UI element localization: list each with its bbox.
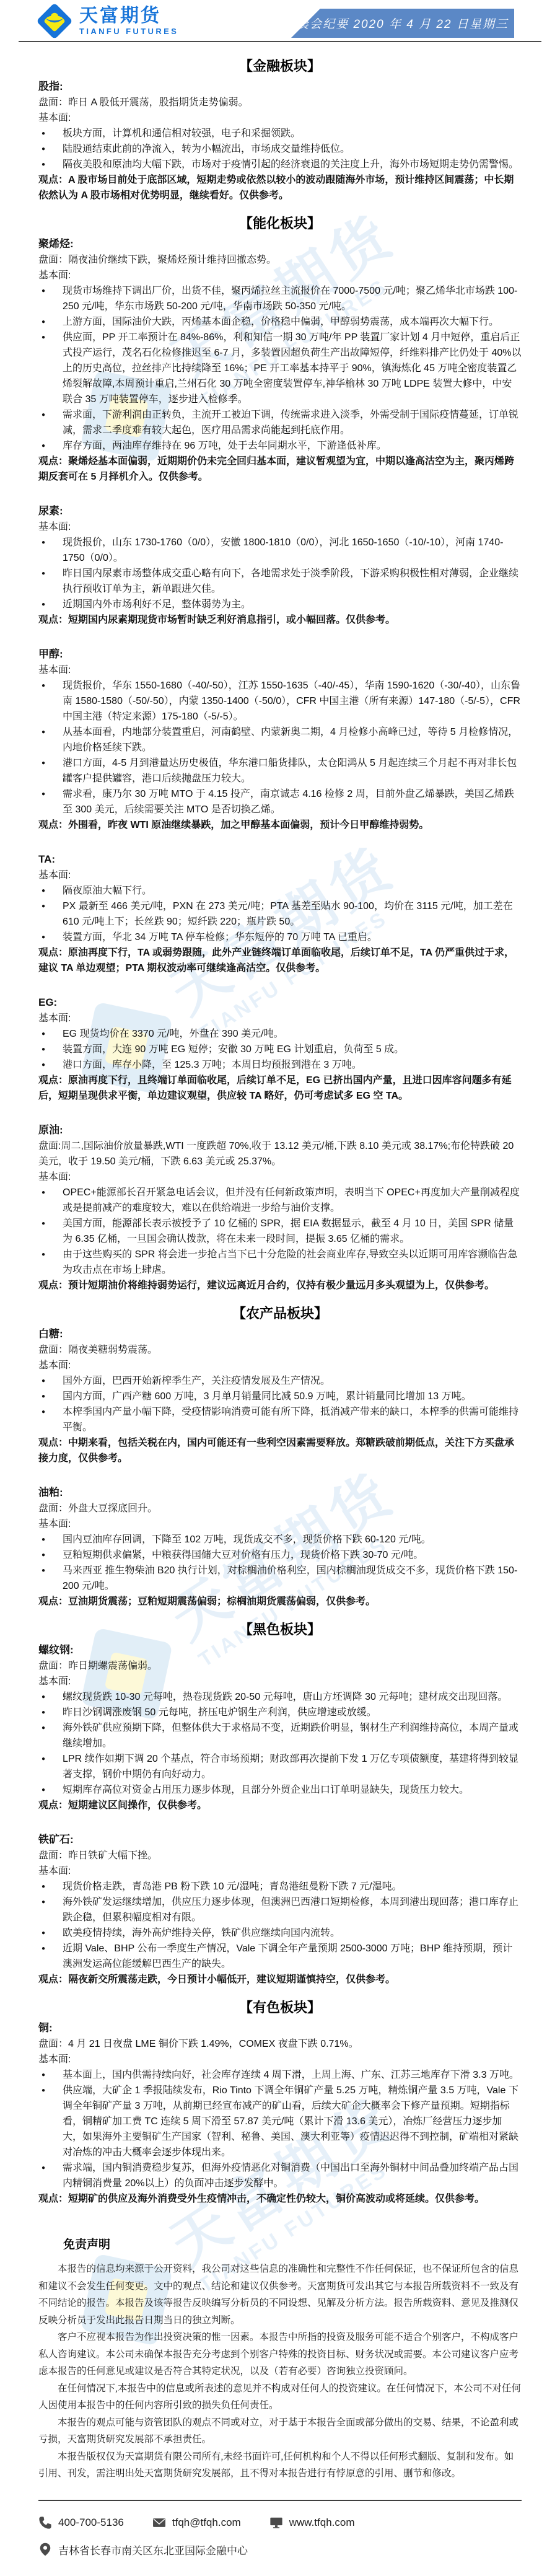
bullet-dot-icon: ● xyxy=(38,1879,63,1894)
bullet-text: 美国方面，能源部长表示被授予了 10 亿桶的 SPR，据 EIA 数据显示，截至… xyxy=(63,1216,522,1247)
bullet-dot-icon: ● xyxy=(38,2067,63,2083)
bullet-item: ●需求面，下游利润由正转负，主流开工被迫下调，传统需求进入淡季，外需受制于国际疫… xyxy=(38,407,522,438)
brand-name-en: TIANFU FUTURES xyxy=(79,27,178,36)
bullet-dot-icon: ● xyxy=(38,1404,63,1435)
basics-label: 基本面: xyxy=(38,1011,522,1026)
bullet-text: PX 最新至 466 美元/吨，PXN 在 273 美元/吨；PTA 基差至贴水… xyxy=(63,899,522,930)
bullet-dot-icon: ● xyxy=(38,755,63,786)
bullet-text: 马来西亚 推生物柴油 B20 执行计划，对棕榈油价格利空，国内棕榈油现货成交不多… xyxy=(63,1563,522,1594)
location-pin-icon xyxy=(38,2543,52,2556)
pan-line: 盘面:周二,国际油价放量暴跌,WTI 一度跌超 70%,收于 13.12 美元/… xyxy=(38,1138,522,1169)
bullet-item: ●从基本面看，内地部分装置重启，河南鹤壁、内蒙新奥二期，4 月检修小高峰已过，等… xyxy=(38,724,522,755)
bullet-item: ●本榨季国内产量小幅下降，受疫情影响消费可能有所下降，抵消减产带来的缺口，本榨季… xyxy=(38,1404,522,1435)
monitor-icon xyxy=(269,2516,283,2530)
mail-icon xyxy=(152,2516,166,2530)
bullet-item: ●由于这些购买的 SPR 将会进一步抢占当下已十分危险的社会商业库存,导致空头以… xyxy=(38,1247,522,1278)
brand-logo: 天富期货 TIANFU FUTURES xyxy=(36,2,178,40)
bullet-item: ●昨日国内尿素市场整体成交重心略有向下，各地需求处于淡季阶段，下游采购积极性相对… xyxy=(38,566,522,597)
bullet-item: ●昨日沙钢调涨废钢 50 元每吨，挤压电炉钢生产利润，供应增速或放缓。 xyxy=(38,1705,522,1720)
commodity-block: 聚烯烃:盘面：隔夜油价继续下跌，聚烯烃预计维持回撤态势。基本面:●现货市场维持下… xyxy=(38,236,522,485)
bullet-list: ●隔夜原油大幅下行。●PX 最新至 466 美元/吨，PXN 在 273 美元/… xyxy=(38,883,522,945)
bullet-item: ●国内豆油库存回调，下降至 102 万吨，现货成交不多，现货价格下跌 60-12… xyxy=(38,1532,522,1547)
bullet-dot-icon: ● xyxy=(38,157,63,172)
address-contact: 吉林省长春市南关区东北亚国际金融中心 xyxy=(38,2542,248,2557)
bullet-dot-icon: ● xyxy=(38,724,63,755)
disclaimer-paragraph: 本报告的观点可能与资管团队的观点不同或对立，对于基于本报告全面或部分做出的交易、… xyxy=(38,2414,522,2448)
bullet-dot-icon: ● xyxy=(38,438,63,454)
pan-line: 盘面：昨日期螺震荡偏弱。 xyxy=(38,1658,522,1674)
commodity-block: 铁矿石:盘面：昨日铁矿大幅下挫。基本面:●现货价格走跌，青岛港 PB 粉下跌 1… xyxy=(38,1832,522,1987)
basics-label: 基本面: xyxy=(38,1863,522,1879)
tianfu-logo-icon xyxy=(36,2,73,40)
basics-label: 基本面: xyxy=(38,662,522,678)
bullet-item: ●现货报价，山东 1730-1760（0/0），安徽 1800-1810（0/0… xyxy=(38,535,522,566)
section-title: 【有色板块】 xyxy=(38,1997,522,2016)
basics-label: 基本面: xyxy=(38,868,522,883)
viewpoint-line: 观点：原油再度下行，TA 或弱势跟随，此外产业链终端订单面临收尾，后续订单不足，… xyxy=(38,945,522,976)
commodity-block: 白糖:盘面：隔夜美糖弱势震荡。基本面:●国外方面，巴西开始新榨季生产，关注疫情发… xyxy=(38,1326,522,1466)
bullet-dot-icon: ● xyxy=(38,1185,63,1216)
bullet-text: 港口方面，4-5 月到港量达历史极值，华东港口船货排队，太仓阳鸿从 5 月起连续… xyxy=(63,755,522,786)
bullet-text: 豆粕短期供求偏紧，中粮获得国储大豆对价格有压力，现货价格下跌 30-70 元/吨… xyxy=(63,1547,522,1563)
commodity-name: 聚烯烃: xyxy=(38,236,522,252)
meeting-date-banner: 晨会纪要 2020 年 4 月 22 日星期三 xyxy=(291,9,514,38)
bullet-text: 短期库存高位对资金占用压力逐步体现，且部分外贸企业出口订单明显缺失，现货压力较大… xyxy=(63,1782,522,1798)
email-address: tfqh@tfqh.com xyxy=(172,2517,241,2529)
bullet-dot-icon: ● xyxy=(38,1720,63,1751)
phone-contact: 400-700-5136 xyxy=(38,2516,124,2530)
bullet-dot-icon: ● xyxy=(38,1941,63,1972)
bullet-item: ●隔夜原油大幅下行。 xyxy=(38,883,522,899)
commodity-name: EG: xyxy=(38,995,522,1011)
address-text: 吉林省长春市南关区东北亚国际金融中心 xyxy=(58,2542,248,2557)
section-title: 【黑色板块】 xyxy=(38,1619,522,1638)
bullet-dot-icon: ● xyxy=(38,1247,63,1278)
bullet-list: ●EG 现货均价在 3370 元/吨，外盘在 390 美元/吨。●装置方面，大连… xyxy=(38,1026,522,1073)
commodity-block: 螺纹钢:盘面：昨日期螺震荡偏弱。基本面:●螺纹现货跌 10-30 元每吨，热卷现… xyxy=(38,1642,522,1813)
bullet-dot-icon: ● xyxy=(38,1751,63,1782)
email-contact: tfqh@tfqh.com xyxy=(152,2516,241,2530)
bullet-dot-icon: ● xyxy=(38,1894,63,1925)
commodity-block: TA:基本面:●隔夜原油大幅下行。●PX 最新至 466 美元/吨，PXN 在 … xyxy=(38,851,522,976)
phone-icon xyxy=(38,2516,52,2530)
commodity-block: EG:基本面:●EG 现货均价在 3370 元/吨，外盘在 390 美元/吨。●… xyxy=(38,995,522,1104)
bullet-list: ●现货市场维持下调出厂价，出货不佳，聚丙烯拉丝主流报价在 7000-7500 元… xyxy=(38,283,522,454)
bullet-item: ●欧美疫情持续，海外高炉维持关停，铁矿供应继续向国内流转。 xyxy=(38,1925,522,1941)
disclaimer-paragraph: 本报告的信息均来源于公开资料，我公司对这些信息的准确性和完整性不作任何保证，也不… xyxy=(38,2261,522,2329)
bullet-text: 本榨季国内产量小幅下降，受疫情影响消费可能有所下降，抵消减产带来的缺口，本榨季的… xyxy=(63,1404,522,1435)
commodity-block: 尿素:基本面:●现货报价，山东 1730-1760（0/0），安徽 1800-1… xyxy=(38,503,522,628)
commodity-name: 铁矿石: xyxy=(38,1832,522,1848)
bullet-item: ●装置方面，华北 34 万吨 TA 停车检修；华东短停的 70 万吨 TA 已重… xyxy=(38,930,522,945)
bullet-text: 现货报价，山东 1730-1760（0/0），安徽 1800-1810（0/0）… xyxy=(63,535,522,566)
basics-label: 基本面: xyxy=(38,1674,522,1689)
bullet-item: ●LPR 续作如期下调 20 个基点，符合市场预期；财政部再次提前下发 1 万亿… xyxy=(38,1751,522,1782)
bullet-item: ●螺纹现货跌 10-30 元每吨，热卷现货跌 20-50 元每吨，唐山方坯调降 … xyxy=(38,1689,522,1705)
bullet-text: 现货市场维持下调出厂价，出货不佳，聚丙烯拉丝主流报价在 7000-7500 元/… xyxy=(63,283,522,314)
bullet-dot-icon: ● xyxy=(38,2160,63,2191)
bullet-dot-icon: ● xyxy=(38,1216,63,1247)
bullet-text: 海外铁矿发运继续增加，供应压力逐步体现，但澳洲巴西港口短期检修，本周到港出现回落… xyxy=(63,1894,522,1925)
bullet-text: 陆股通结束此前的净流入，转为小幅流出，市场成交量维持低位。 xyxy=(63,141,522,157)
viewpoint-line: 观点：原油再度下行，且终端订单面临收尾，后续订单不足，EG 已挤出国内产量，且进… xyxy=(38,1073,522,1104)
viewpoint-line: 观点：聚烯烃基本面偏弱，近期期价仍未完全回归基本面，建议暂观望为宜，中期以逢高沽… xyxy=(38,454,522,485)
bullet-item: ●近期国内外市场利好不足，整体弱势为主。 xyxy=(38,597,522,612)
bullet-item: ●基本面上，国内供需持续向好，社会库存连续 4 周下滑，上周上海、广东、江苏三地… xyxy=(38,2067,522,2083)
commodity-name: 油粕: xyxy=(38,1485,522,1501)
bullet-text: 近期国内外市场利好不足，整体弱势为主。 xyxy=(63,597,522,612)
bullet-text: EG 现货均价在 3370 元/吨，外盘在 390 美元/吨。 xyxy=(63,1026,522,1042)
bullet-dot-icon: ● xyxy=(38,330,63,407)
commodity-name: 尿素: xyxy=(38,503,522,519)
commodity-name: 股指: xyxy=(38,79,522,95)
bullet-dot-icon: ● xyxy=(38,283,63,314)
bullet-list: ●OPEC+能源部长召开紧急电话会议，但并没有任何新政策声明，表明当下 OPEC… xyxy=(38,1185,522,1278)
bullet-item: ●现货市场维持下调出厂价，出货不佳，聚丙烯拉丝主流报价在 7000-7500 元… xyxy=(38,283,522,314)
disclaimer-paragraph: 在任何情况下,本报告中的信息或所表述的意见并不构成对任何人的投资建议。在任何情况… xyxy=(38,2380,522,2414)
disclaimer-section: 免责声明 本报告的信息均来源于公开资料，我公司对这些信息的准确性和完整性不作任何… xyxy=(38,2235,522,2482)
bullet-text: 现货报价，华东 1550-1680（-40/-50），江苏 1550-1635（… xyxy=(63,678,522,724)
bullet-item: ●海外铁矿发运继续增加，供应压力逐步体现，但澳洲巴西港口短期检修，本周到港出现回… xyxy=(38,1894,522,1925)
section-title: 【能化板块】 xyxy=(38,213,522,232)
disclaimer-paragraphs: 本报告的信息均来源于公开资料，我公司对这些信息的准确性和完整性不作任何保证，也不… xyxy=(38,2261,522,2482)
bullet-list: ●国内豆油库存回调，下降至 102 万吨，现货成交不多，现货价格下跌 60-12… xyxy=(38,1532,522,1594)
bullet-text: 库存方面，两油库存维持在 96 万吨，处于去年同期水平，下游逢低补库。 xyxy=(63,438,522,454)
commodity-block: 油粕:盘面：外盘大豆探底回升。基本面:●国内豆油库存回调，下降至 102 万吨，… xyxy=(38,1485,522,1609)
bullet-dot-icon: ● xyxy=(38,883,63,899)
basics-label: 基本面: xyxy=(38,1169,522,1185)
pan-line: 盘面：隔夜美糖弱势震荡。 xyxy=(38,1342,522,1358)
report-body: 【金融板块】股指:盘面：昨日 A 股低开震荡，股指期货走势偏弱。基本面:●板块方… xyxy=(38,42,522,2207)
bullet-text: 近期 Vale、BHP 公布一季度生产情况，Vale 下调全年产量预期 2500… xyxy=(63,1941,522,1972)
bullet-dot-icon: ● xyxy=(38,1389,63,1404)
report-header: 天富期货 TIANFU FUTURES 晨会纪要 2020 年 4 月 22 日… xyxy=(19,0,541,42)
bullet-dot-icon: ● xyxy=(38,678,63,724)
contact-footer: 400-700-5136 tfqh@tfqh.com www.tfqh.com … xyxy=(38,2500,522,2576)
bullet-dot-icon: ● xyxy=(38,1689,63,1705)
disclaimer-paragraph: 客户不应视本报告为作出投资决策的惟一因素。本报告中所指的投资及服务可能不适合个别… xyxy=(38,2329,522,2380)
bullet-text: LPR 续作如期下调 20 个基点，符合市场预期；财政部再次提前下发 1 万亿专… xyxy=(63,1751,522,1782)
bullet-text: 昨日沙钢调涨废钢 50 元每吨，挤压电炉钢生产利润，供应增速或放缓。 xyxy=(63,1705,522,1720)
bullet-text: 需求面，下游利润由正转负，主流开工被迫下调，传统需求进入淡季，外需受制于国际疫情… xyxy=(63,407,522,438)
pan-line: 盘面：外盘大豆探底回升。 xyxy=(38,1501,522,1516)
commodity-block: 甲醇:基本面:●现货报价，华东 1550-1680（-40/-50），江苏 15… xyxy=(38,646,522,833)
section-title: 【金融板块】 xyxy=(38,56,522,75)
bullet-item: ●短期库存高位对资金占用压力逐步体现，且部分外贸企业出口订单明显缺失，现货压力较… xyxy=(38,1782,522,1798)
bullet-text: 供应端，大矿企 1 季报陆续发布，Rio Tinto 下调全年铜矿产量 5.25… xyxy=(63,2083,522,2160)
bullet-dot-icon: ● xyxy=(38,1705,63,1720)
bullet-text: 需求端，国内铜消费稳步复苏，但海外疫情恶化对铜消费（中国出口至海外铜材中间品叠加… xyxy=(63,2160,522,2191)
commodity-block: 股指:盘面：昨日 A 股低开震荡，股指期货走势偏弱。基本面:●板块方面，计算机和… xyxy=(38,79,522,203)
bullet-text: 基本面上，国内供需持续向好，社会库存连续 4 周下滑，上周上海、广东、江苏三地库… xyxy=(63,2067,522,2083)
bullet-text: 需求看，康乃尔 30 万吨 MTO 于 4.15 投产，南京诚志 4.16 检修… xyxy=(63,786,522,817)
bullet-text: 国外方面，巴西开始新榨季生产，关注疫情发展及生产情况。 xyxy=(63,1373,522,1389)
bullet-item: ●EG 现货均价在 3370 元/吨，外盘在 390 美元/吨。 xyxy=(38,1026,522,1042)
commodity-name: 原油: xyxy=(38,1122,522,1138)
commodity-name: 螺纹钢: xyxy=(38,1642,522,1658)
commodity-name: TA: xyxy=(38,851,522,868)
bullet-dot-icon: ● xyxy=(38,126,63,141)
viewpoint-line: 观点：短期矿的供应及海外消费受外生疫情冲击，不确定性仍较大，铜价高波动或将延续。… xyxy=(38,2191,522,2207)
bullet-dot-icon: ● xyxy=(38,1057,63,1073)
bullet-item: ●库存方面，两油库存维持在 96 万吨，处于去年同期水平，下游逢低补库。 xyxy=(38,438,522,454)
bullet-list: ●现货报价，华东 1550-1680（-40/-50），江苏 1550-1635… xyxy=(38,678,522,817)
bullet-item: ●国内方面，广西产糖 600 万吨，3 月单月销量同比减 50.9 万吨，累计销… xyxy=(38,1389,522,1404)
bullet-text: 装置方面，大连 90 万吨 EG 短停；安徽 30 万吨 EG 计划重启，负荷至… xyxy=(63,1042,522,1057)
phone-number: 400-700-5136 xyxy=(58,2517,124,2529)
viewpoint-line: 观点：短期国内尿素期现货市场暂时缺乏利好消息指引，或小幅回落。仅供参考。 xyxy=(38,612,522,628)
brand-name: 天富期货 xyxy=(79,6,178,26)
bullet-text: 海外铁矿供应预期下降，但整体供大于求格局不变，近期跌价明显，钢材生产利润维持高位… xyxy=(63,1720,522,1751)
bullet-dot-icon: ● xyxy=(38,1547,63,1563)
bullet-text: 国内豆油库存回调，下降至 102 万吨，现货成交不多，现货价格下跌 60-120… xyxy=(63,1532,522,1547)
basics-label: 基本面: xyxy=(38,110,522,126)
bullet-list: ●现货价格走跌，青岛港 PB 粉下跌 10 元/湿吨；青岛港纽曼粉下跌 7 元/… xyxy=(38,1879,522,1972)
basics-label: 基本面: xyxy=(38,268,522,283)
bullet-item: ●上游方面，国际油价大跌，丙烯基本面企稳，价格稳中偏弱，甲醇弱势震荡，成本端再次… xyxy=(38,314,522,330)
bullet-item: ●海外铁矿供应预期下降，但整体供大于求格局不变，近期跌价明显，钢材生产利润维持高… xyxy=(38,1720,522,1751)
disclaimer-title: 免责声明 xyxy=(63,2235,522,2252)
bullet-item: ●隔夜美股和原油均大幅下跌，市场对于疫情引起的经济衰退的关注度上升，海外市场短期… xyxy=(38,157,522,172)
bullet-item: ●豆粕短期供求偏紧，中粮获得国储大豆对价格有压力，现货价格下跌 30-70 元/… xyxy=(38,1547,522,1563)
bullet-list: ●基本面上，国内供需持续向好，社会库存连续 4 周下滑，上周上海、广东、江苏三地… xyxy=(38,2067,522,2191)
report-page: 天富期货 TIANFU FUTURES 天富期货 TIANFU FUTURES … xyxy=(0,0,560,2576)
bullet-item: ●PX 最新至 466 美元/吨，PXN 在 273 美元/吨；PTA 基差至贴… xyxy=(38,899,522,930)
bullet-text: 国内方面，广西产糖 600 万吨，3 月单月销量同比减 50.9 万吨，累计销量… xyxy=(63,1389,522,1404)
bullet-item: ●港口方面，库存小降，至 125.3 万吨；本周日均预报到港在 3 万吨。 xyxy=(38,1057,522,1073)
bullet-dot-icon: ● xyxy=(38,314,63,330)
disclaimer-paragraph: 本报告版权仅为天富期货有限公司所有,未经书面许可,任何机构和个人不得以任何形式翻… xyxy=(38,2448,522,2482)
bullet-item: ●供应端，大矿企 1 季报陆续发布，Rio Tinto 下调全年铜矿产量 5.2… xyxy=(38,2083,522,2160)
bullet-item: ●美国方面，能源部长表示被授予了 10 亿桶的 SPR，据 EIA 数据显示，截… xyxy=(38,1216,522,1247)
bullet-list: ●螺纹现货跌 10-30 元每吨，热卷现货跌 20-50 元每吨，唐山方坯调降 … xyxy=(38,1689,522,1798)
bullet-dot-icon: ● xyxy=(38,1026,63,1042)
banner-text: 晨会纪要 2020 年 4 月 22 日星期三 xyxy=(297,15,509,32)
bullet-item: ●现货价格走跌，青岛港 PB 粉下跌 10 元/湿吨；青岛港纽曼粉下跌 7 元/… xyxy=(38,1879,522,1894)
commodity-block: 原油:盘面:周二,国际油价放量暴跌,WTI 一度跌超 70%,收于 13.12 … xyxy=(38,1122,522,1293)
pan-line: 盘面：昨日 A 股低开震荡，股指期货走势偏弱。 xyxy=(38,95,522,110)
bullet-dot-icon: ● xyxy=(38,141,63,157)
viewpoint-line: 观点：隔夜新交所震荡走跌，今日预计小幅低开，建议短期谨慎持空，仅供参考。 xyxy=(38,1972,522,1987)
bullet-text: 港口方面，库存小降，至 125.3 万吨；本周日均预报到港在 3 万吨。 xyxy=(63,1057,522,1073)
bullet-dot-icon: ● xyxy=(38,1373,63,1389)
bullet-dot-icon: ● xyxy=(38,2083,63,2160)
section-title: 【农产品板块】 xyxy=(38,1303,522,1322)
bullet-dot-icon: ● xyxy=(38,1782,63,1798)
bullet-item: ●需求端，国内铜消费稳步复苏，但海外疫情恶化对铜消费（中国出口至海外铜材中间品叠… xyxy=(38,2160,522,2191)
bullet-text: 螺纹现货跌 10-30 元每吨，热卷现货跌 20-50 元每吨，唐山方坯调降 3… xyxy=(63,1689,522,1705)
viewpoint-line: 观点：A 股市场目前处于底部区域，短期走势或依然以较小的波动跟随海外市场，预计维… xyxy=(38,172,522,203)
commodity-name: 甲醇: xyxy=(38,646,522,662)
bullet-dot-icon: ● xyxy=(38,407,63,438)
bullet-item: ●港口方面，4-5 月到港量达历史极值，华东港口船货排队，太仓阳鸿从 5 月起连… xyxy=(38,755,522,786)
bullet-item: ●马来西亚 推生物柴油 B20 执行计划，对棕榈油价格利空，国内棕榈油现货成交不… xyxy=(38,1563,522,1594)
bullet-text: 现货价格走跌，青岛港 PB 粉下跌 10 元/湿吨；青岛港纽曼粉下跌 7 元/湿… xyxy=(63,1879,522,1894)
bullet-item: ●OPEC+能源部长召开紧急电话会议，但并没有任何新政策声明，表明当下 OPEC… xyxy=(38,1185,522,1216)
commodity-name: 白糖: xyxy=(38,1326,522,1342)
bullet-dot-icon: ● xyxy=(38,1563,63,1594)
bullet-text: 供应面，PP 开工率预计在 84%-86%，利和知信一期 30 万吨/年 PP … xyxy=(63,330,522,407)
bullet-item: ●国外方面，巴西开始新榨季生产，关注疫情发展及生产情况。 xyxy=(38,1373,522,1389)
website-contact: www.tfqh.com xyxy=(269,2516,355,2530)
bullet-text: OPEC+能源部长召开紧急电话会议，但并没有任何新政策声明，表明当下 OPEC+… xyxy=(63,1185,522,1216)
bullet-dot-icon: ● xyxy=(38,1042,63,1057)
commodity-name: 铜: xyxy=(38,2020,522,2036)
bullet-text: 从基本面看，内地部分装置重启，河南鹤壁、内蒙新奥二期，4 月检修小高峰已过，等待… xyxy=(63,724,522,755)
basics-label: 基本面: xyxy=(38,1358,522,1373)
bullet-text: 隔夜美股和原油均大幅下跌，市场对于疫情引起的经济衰退的关注度上升，海外市场短期走… xyxy=(63,157,522,172)
basics-label: 基本面: xyxy=(38,2052,522,2067)
viewpoint-line: 观点：豆油期货震荡；豆粕短期震荡偏弱；棕榈油期货震荡偏弱，仅供参考。 xyxy=(38,1594,522,1609)
viewpoint-line: 观点：短期建议区间操作，仅供参考。 xyxy=(38,1798,522,1813)
viewpoint-line: 观点：预计短期油价将维持弱势运行，建议远离近月合约，仅持有极少量远月多头观望为上… xyxy=(38,1278,522,1293)
website-url: www.tfqh.com xyxy=(289,2517,355,2529)
bullet-dot-icon: ● xyxy=(38,535,63,566)
basics-label: 基本面: xyxy=(38,519,522,535)
bullet-dot-icon: ● xyxy=(38,566,63,597)
bullet-text: 由于这些购买的 SPR 将会进一步抢占当下已十分危险的社会商业库存,导致空头以近… xyxy=(63,1247,522,1278)
pan-line: 盘面：昨日铁矿大幅下挫。 xyxy=(38,1848,522,1863)
pan-line: 盘面：隔夜油价继续下跌，聚烯烃预计维持回撤态势。 xyxy=(38,252,522,268)
bullet-item: ●板块方面，计算机和通信相对较强，电子和采掘领跌。 xyxy=(38,126,522,141)
viewpoint-line: 观点：外围看，昨夜 WTI 原油继续暴跌，加之甲醇基本面偏弱，预计今日甲醇维持弱… xyxy=(38,817,522,833)
bullet-text: 昨日国内尿素市场整体成交重心略有向下，各地需求处于淡季阶段，下游采购积极性相对薄… xyxy=(63,566,522,597)
bullet-item: ●需求看，康乃尔 30 万吨 MTO 于 4.15 投产，南京诚志 4.16 检… xyxy=(38,786,522,817)
bullet-dot-icon: ● xyxy=(38,1925,63,1941)
commodity-block: 铜:盘面：4 月 21 日夜盘 LME 铜价下跌 1.49%，COMEX 夜盘下… xyxy=(38,2020,522,2207)
basics-label: 基本面: xyxy=(38,1516,522,1532)
bullet-item: ●供应面，PP 开工率预计在 84%-86%，利和知信一期 30 万吨/年 PP… xyxy=(38,330,522,407)
bullet-dot-icon: ● xyxy=(38,899,63,930)
bullet-list: ●现货报价，山东 1730-1760（0/0），安徽 1800-1810（0/0… xyxy=(38,535,522,612)
bullet-item: ●装置方面，大连 90 万吨 EG 短停；安徽 30 万吨 EG 计划重启，负荷… xyxy=(38,1042,522,1057)
bullet-list: ●国外方面，巴西开始新榨季生产，关注疫情发展及生产情况。●国内方面，广西产糖 6… xyxy=(38,1373,522,1435)
bullet-text: 欧美疫情持续，海外高炉维持关停，铁矿供应继续向国内流转。 xyxy=(63,1925,522,1941)
viewpoint-line: 观点：中期来看，包括关税在内，国内可能还有一些利空因素需要释放。郑糖跌破前期低点… xyxy=(38,1435,522,1466)
bullet-text: 隔夜原油大幅下行。 xyxy=(63,883,522,899)
bullet-item: ●现货报价，华东 1550-1680（-40/-50），江苏 1550-1635… xyxy=(38,678,522,724)
bullet-text: 装置方面，华北 34 万吨 TA 停车检修；华东短停的 70 万吨 TA 已重启… xyxy=(63,930,522,945)
bullet-list: ●板块方面，计算机和通信相对较强，电子和采掘领跌。●陆股通结束此前的净流入，转为… xyxy=(38,126,522,172)
bullet-dot-icon: ● xyxy=(38,930,63,945)
bullet-text: 板块方面，计算机和通信相对较强，电子和采掘领跌。 xyxy=(63,126,522,141)
bullet-dot-icon: ● xyxy=(38,786,63,817)
bullet-item: ●陆股通结束此前的净流入，转为小幅流出，市场成交量维持低位。 xyxy=(38,141,522,157)
bullet-text: 上游方面，国际油价大跌，丙烯基本面企稳，价格稳中偏弱，甲醇弱势震荡，成本端再次大… xyxy=(63,314,522,330)
bullet-item: ●近期 Vale、BHP 公布一季度生产情况，Vale 下调全年产量预期 250… xyxy=(38,1941,522,1972)
pan-line: 盘面：4 月 21 日夜盘 LME 铜价下跌 1.49%，COMEX 夜盘下跌 … xyxy=(38,2036,522,2052)
bullet-dot-icon: ● xyxy=(38,597,63,612)
bullet-dot-icon: ● xyxy=(38,1532,63,1547)
